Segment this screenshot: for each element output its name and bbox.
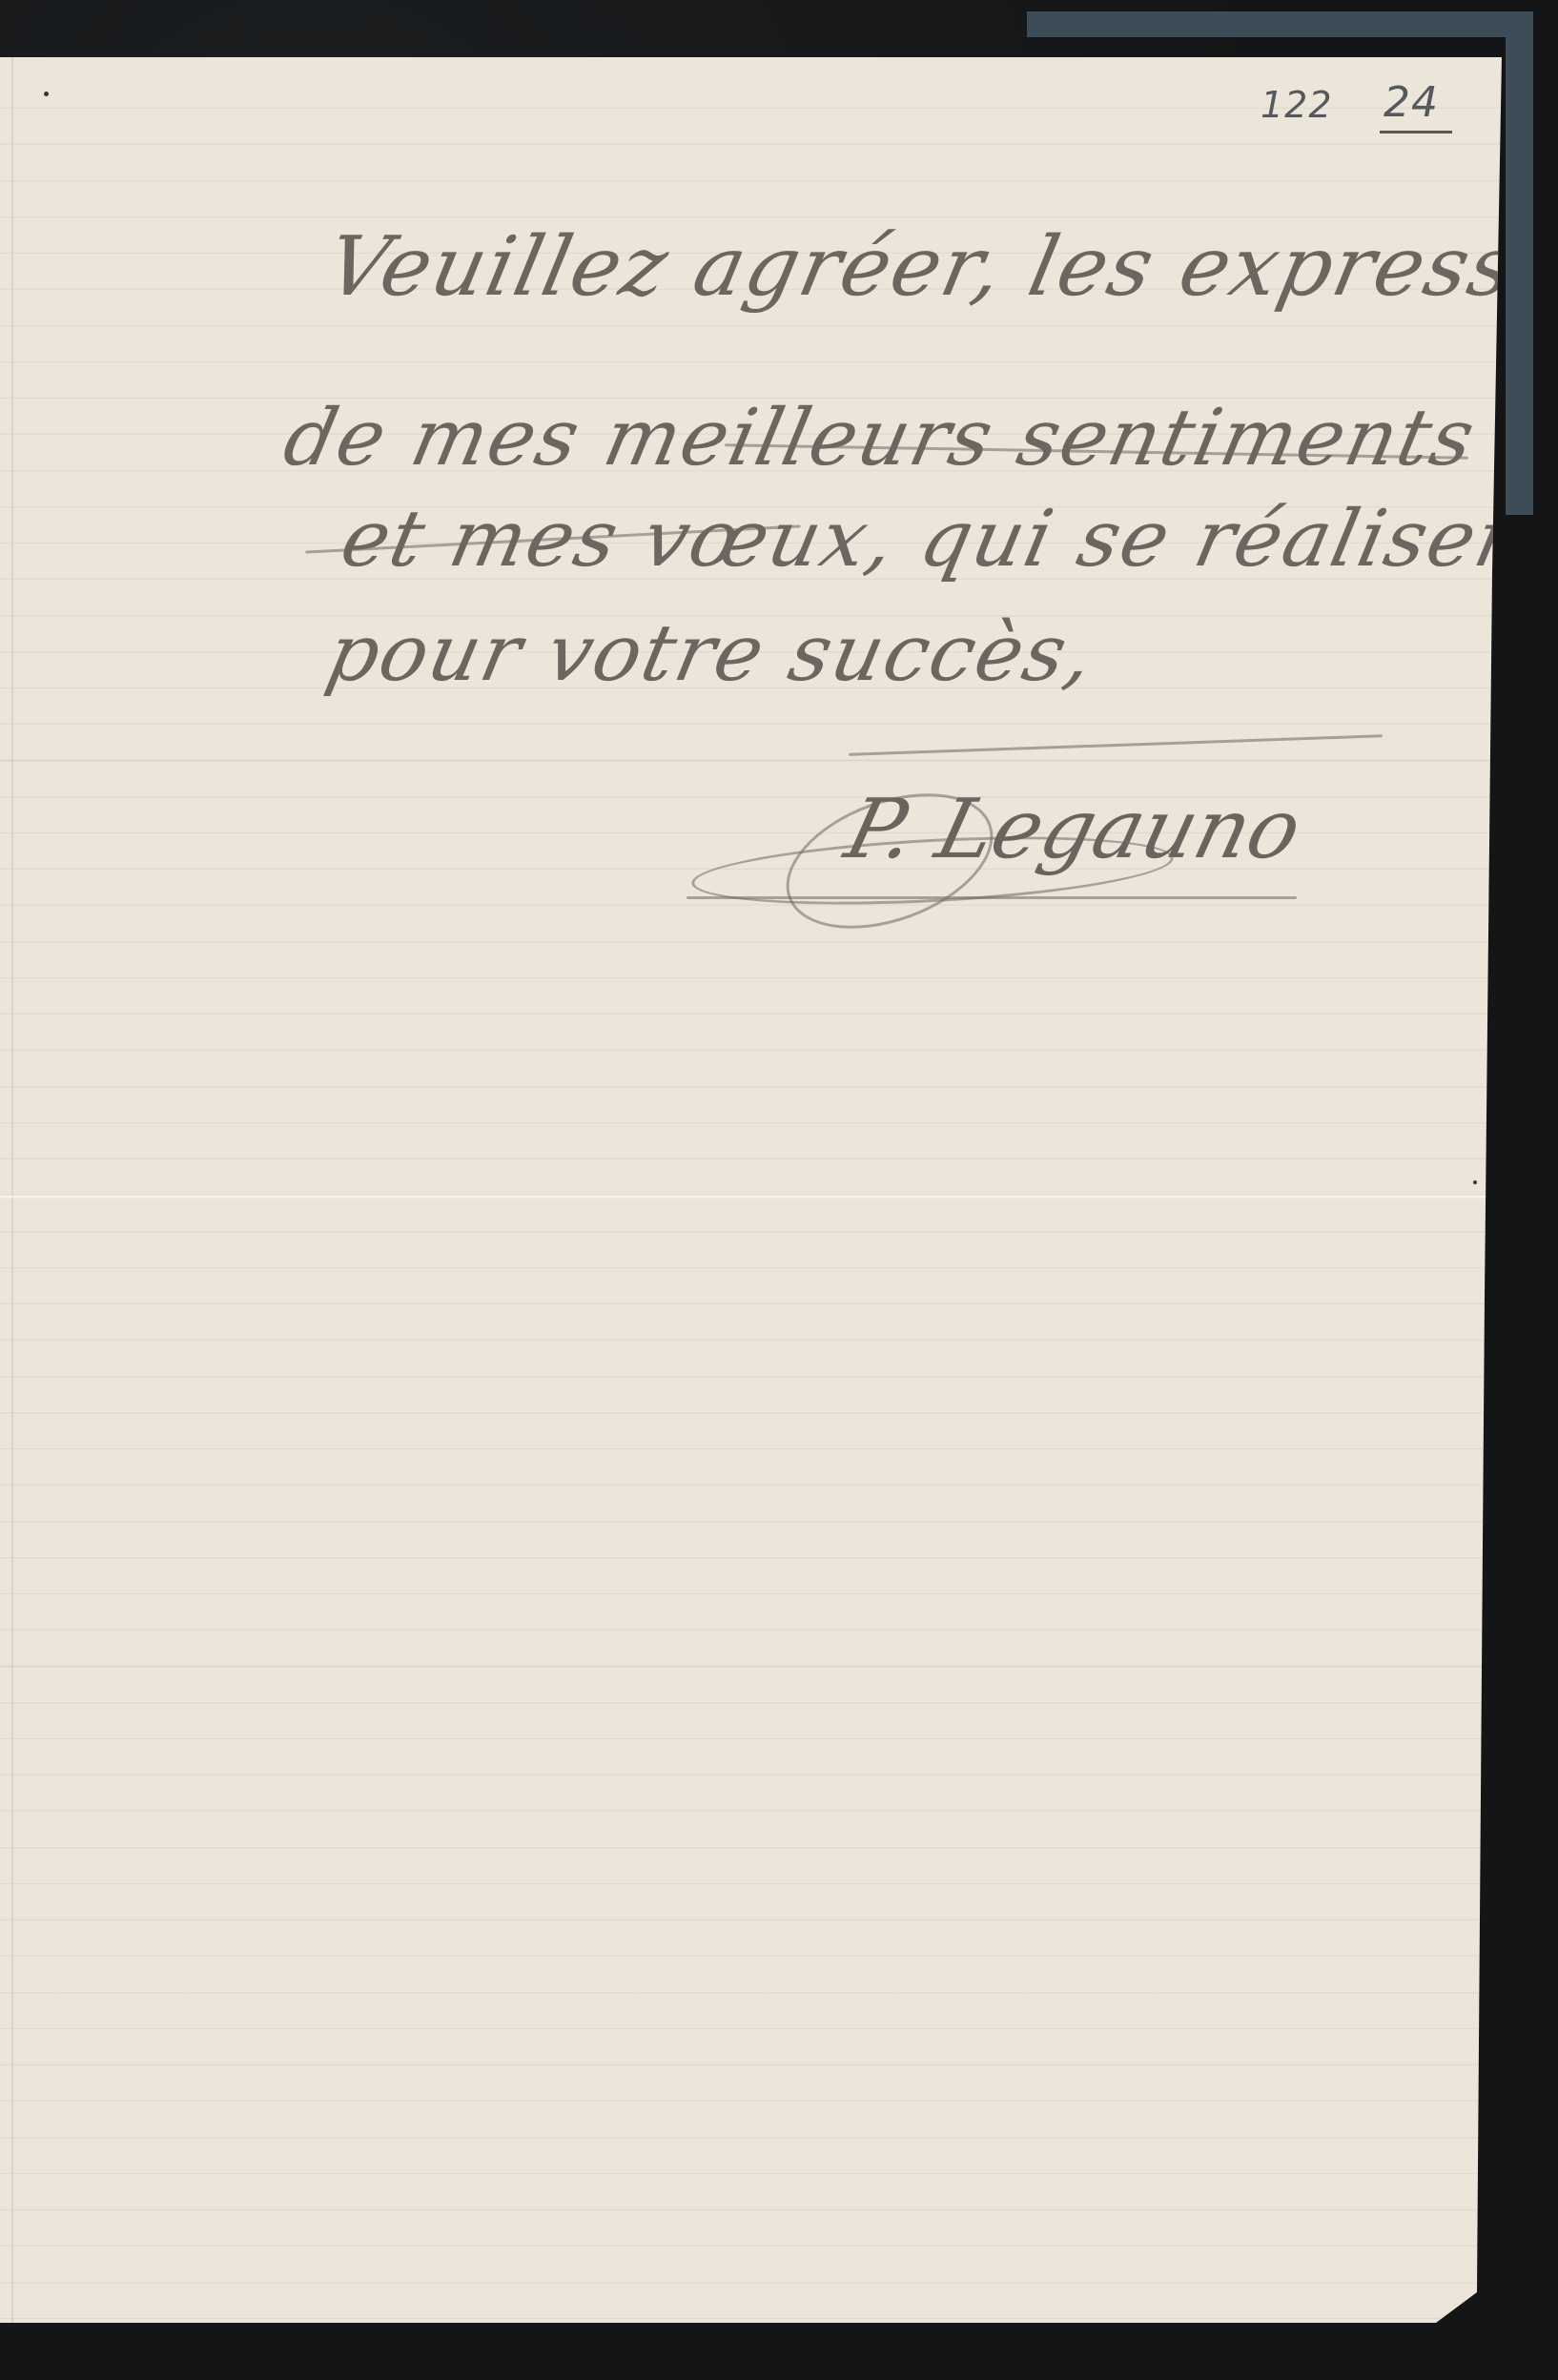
letter-line-1: Veuillez agréer, les expressions <box>318 219 1502 315</box>
paper-speck <box>44 92 49 96</box>
scan-bracket-marker-side <box>1506 11 1533 515</box>
folio-number-old: 122 <box>1261 84 1333 126</box>
folio-number-current: 24 <box>1380 78 1452 133</box>
letter-line-2: de mes meilleurs sentiments <box>277 393 1484 483</box>
letter-sheet: 122 24 Veuillez agréer, les expressions … <box>0 57 1502 2323</box>
paper-edge-shadow <box>11 57 13 2323</box>
signature-underline <box>687 896 1297 899</box>
paper-speck <box>1473 1180 1477 1184</box>
scan-bracket-marker-top <box>1027 11 1533 37</box>
signature-overline <box>849 734 1383 756</box>
letter-line-4: pour votre succès, <box>319 608 1103 699</box>
signature: P. Legauno <box>837 782 1311 877</box>
